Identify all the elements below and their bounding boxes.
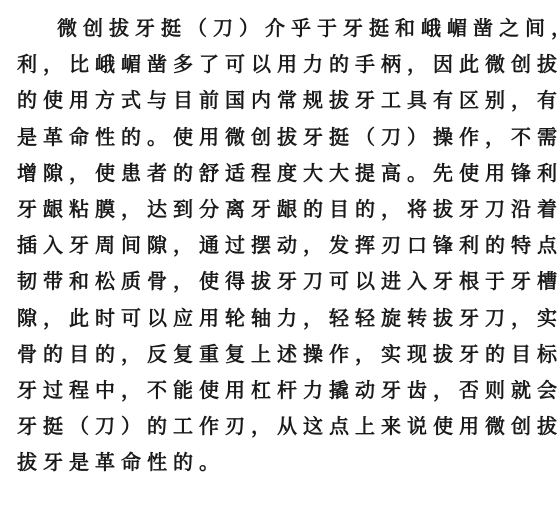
text-line: 的使用方式与目前国内常规拔牙工具有区别，有些变化甚至: [17, 82, 547, 118]
text-line: 牙龈粘膜，达到分离牙龈的目的，将拔牙刀沿着牙长轴方向: [17, 191, 547, 227]
text-line: 增隙，使患者的舒适程度大大提高。先使用锋利的刃口切开: [17, 155, 547, 191]
text-line: 利，比峨嵋凿多了可以用力的手柄，因此微创拔牙挺（刀）: [17, 46, 547, 82]
text-line: 拔牙是革命性的。: [17, 444, 547, 480]
text-line: 隙，此时可以应用轮轴力，轻轻旋转拔牙刀，实现压缩牙槽: [17, 300, 547, 336]
text-line: 骨的目的，反复重复上述操作，实现拔牙的目标。在整个拔: [17, 336, 547, 372]
text-line: 牙过程中，不能使用杠杆力撬动牙齿，否则就会破坏微创拔: [17, 372, 547, 408]
text-line: 插入牙周间隙，通过摆动，发挥刃口锋利的特点，切断牙周: [17, 227, 547, 263]
text-line: 牙挺（刀）的工作刃，从这点上来说使用微创拔牙挺（刀）: [17, 408, 547, 444]
body-paragraph: 微创拔牙挺（刀）介乎于牙挺和峨嵋凿之间，比牙挺锋 利，比峨嵋凿多了可以用力的手柄…: [17, 10, 547, 480]
text-line: 是革命性的。使用微创拔牙挺（刀）操作，不需要使用锤击: [17, 119, 547, 155]
document-page: 微创拔牙挺（刀）介乎于牙挺和峨嵋凿之间，比牙挺锋 利，比峨嵋凿多了可以用力的手柄…: [17, 10, 547, 480]
text-line: 韧带和松质骨，使得拔牙刀可以进入牙根于牙槽骨之间的间: [17, 263, 547, 299]
text-line: 微创拔牙挺（刀）介乎于牙挺和峨嵋凿之间，比牙挺锋: [17, 10, 547, 46]
